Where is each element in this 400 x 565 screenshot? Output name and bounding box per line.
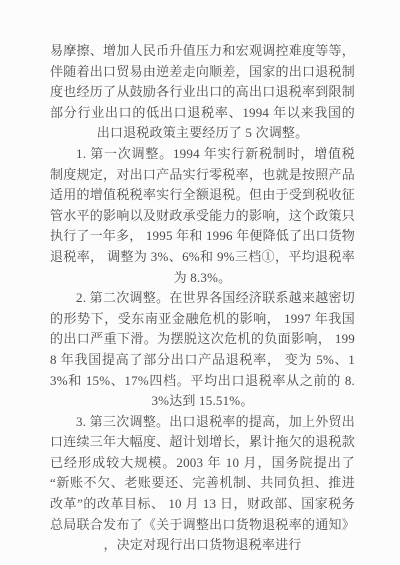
paragraph-third-adjustment: 3. 第三次调整。出口退税率的提高，加上外贸出口连续三年大幅度、超计划增长，累计… — [50, 412, 355, 556]
paragraph-first-adjustment: 1. 第一次调整。1994 年实行新税制时，增值税制度规定，对出口产品实行零税率… — [50, 144, 355, 288]
paragraph-intro-continuation: 易摩擦、增加人民币升值压力和宏观调控难度等等，伴随着出口贸易由逆差走向顺差，国家… — [50, 41, 355, 144]
document-page: 易摩擦、增加人民币升值压力和宏观调控难度等等，伴随着出口贸易由逆差走向顺差，国家… — [0, 0, 400, 565]
paragraph-second-adjustment: 2. 第二次调整。在世界各国经济联系越来越密切的形势下，受东南亚金融危机的影响，… — [50, 288, 355, 412]
